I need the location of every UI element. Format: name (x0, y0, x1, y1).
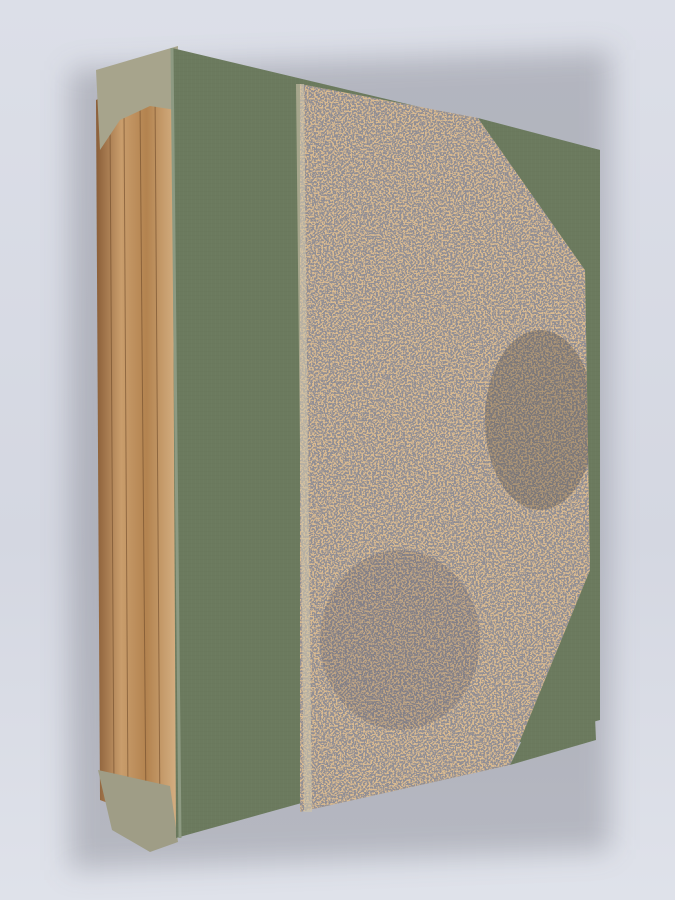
page-edge (96, 62, 180, 830)
book-illustration (0, 0, 675, 900)
